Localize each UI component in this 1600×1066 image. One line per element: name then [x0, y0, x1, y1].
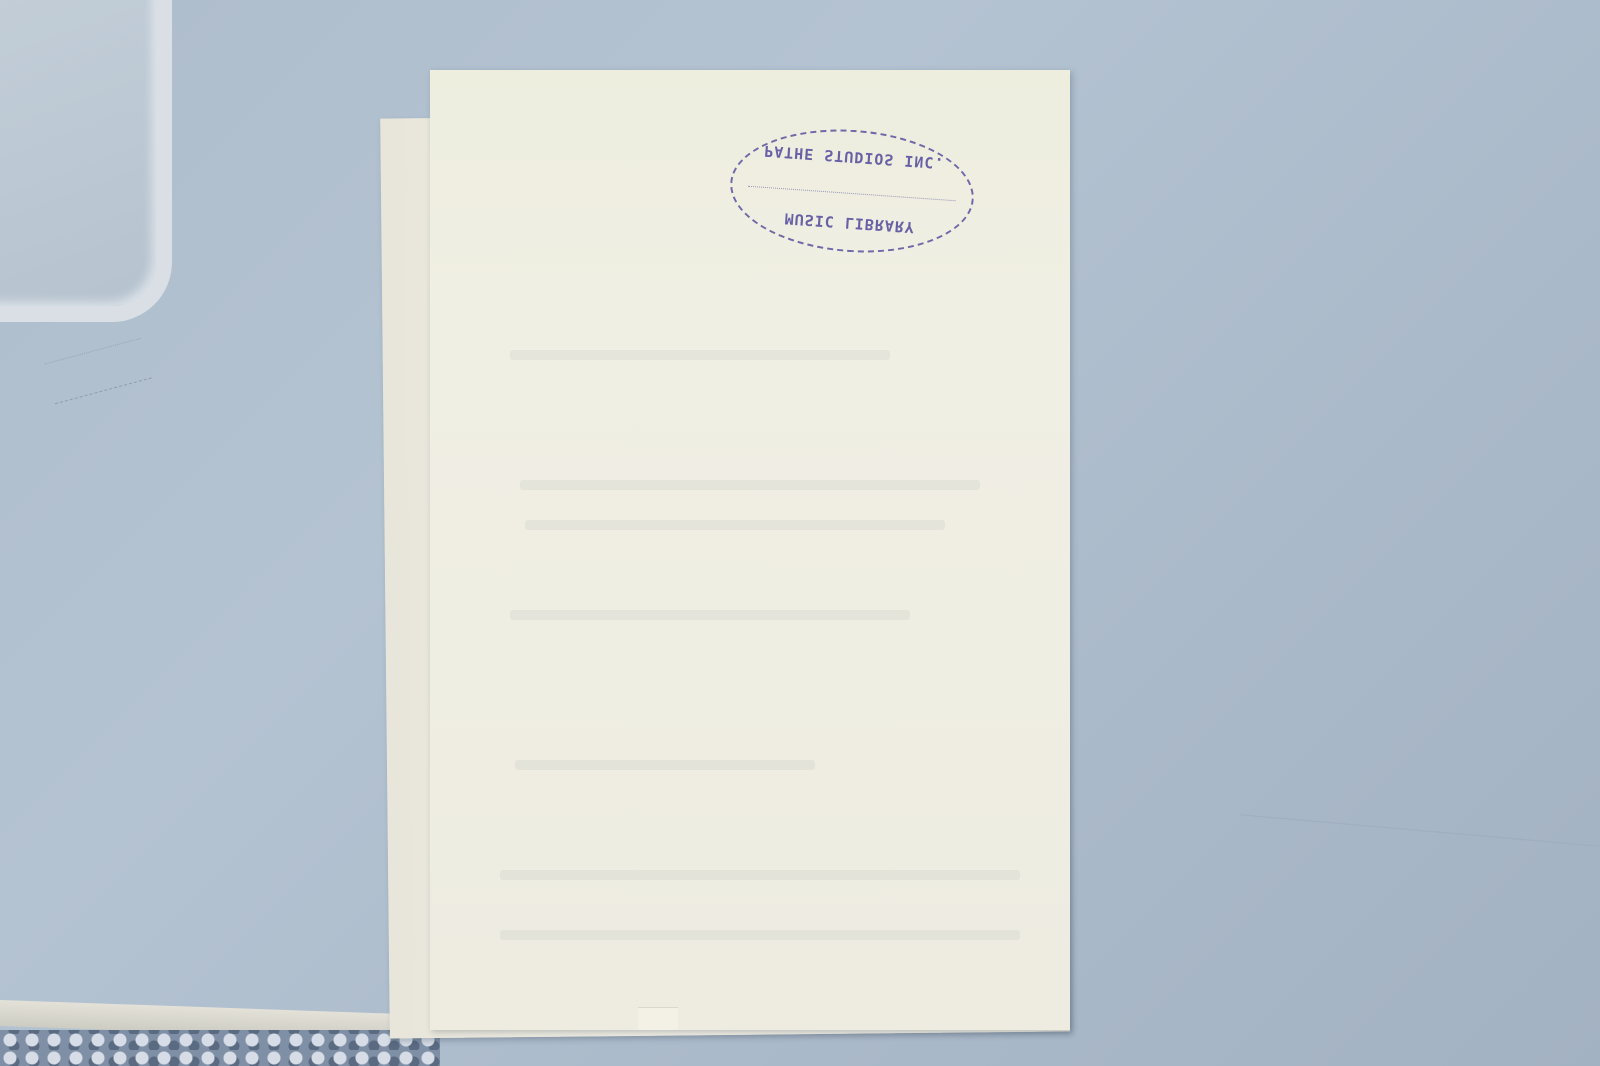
gravel-ground [0, 1030, 440, 1066]
bleed-through-mark [520, 480, 980, 490]
bleed-through-mark [525, 520, 945, 530]
library-stamp: PATHE STUDIOS INC. MUSIC LIBRARY [726, 122, 978, 261]
table-scratch [1241, 814, 1600, 846]
bleed-through-mark [500, 930, 1020, 940]
bleed-through-mark [515, 760, 815, 770]
plastic-tray [0, 0, 172, 322]
pencil-scribble [44, 338, 151, 404]
stamp-line-1: PATHE STUDIOS INC. [734, 140, 975, 175]
front-paper-sheet: PATHE STUDIOS INC. MUSIC LIBRARY [430, 70, 1070, 1030]
stamp-divider [748, 186, 956, 202]
bleed-through-mark [510, 350, 890, 360]
stamp-line-2: MUSIC LIBRARY [729, 206, 970, 241]
bleed-through-mark [510, 610, 910, 620]
photo-scene: PATHE STUDIOS INC. MUSIC LIBRARY [0, 0, 1600, 1066]
bleed-through-mark [500, 870, 1020, 880]
paper-tab [638, 1007, 678, 1030]
